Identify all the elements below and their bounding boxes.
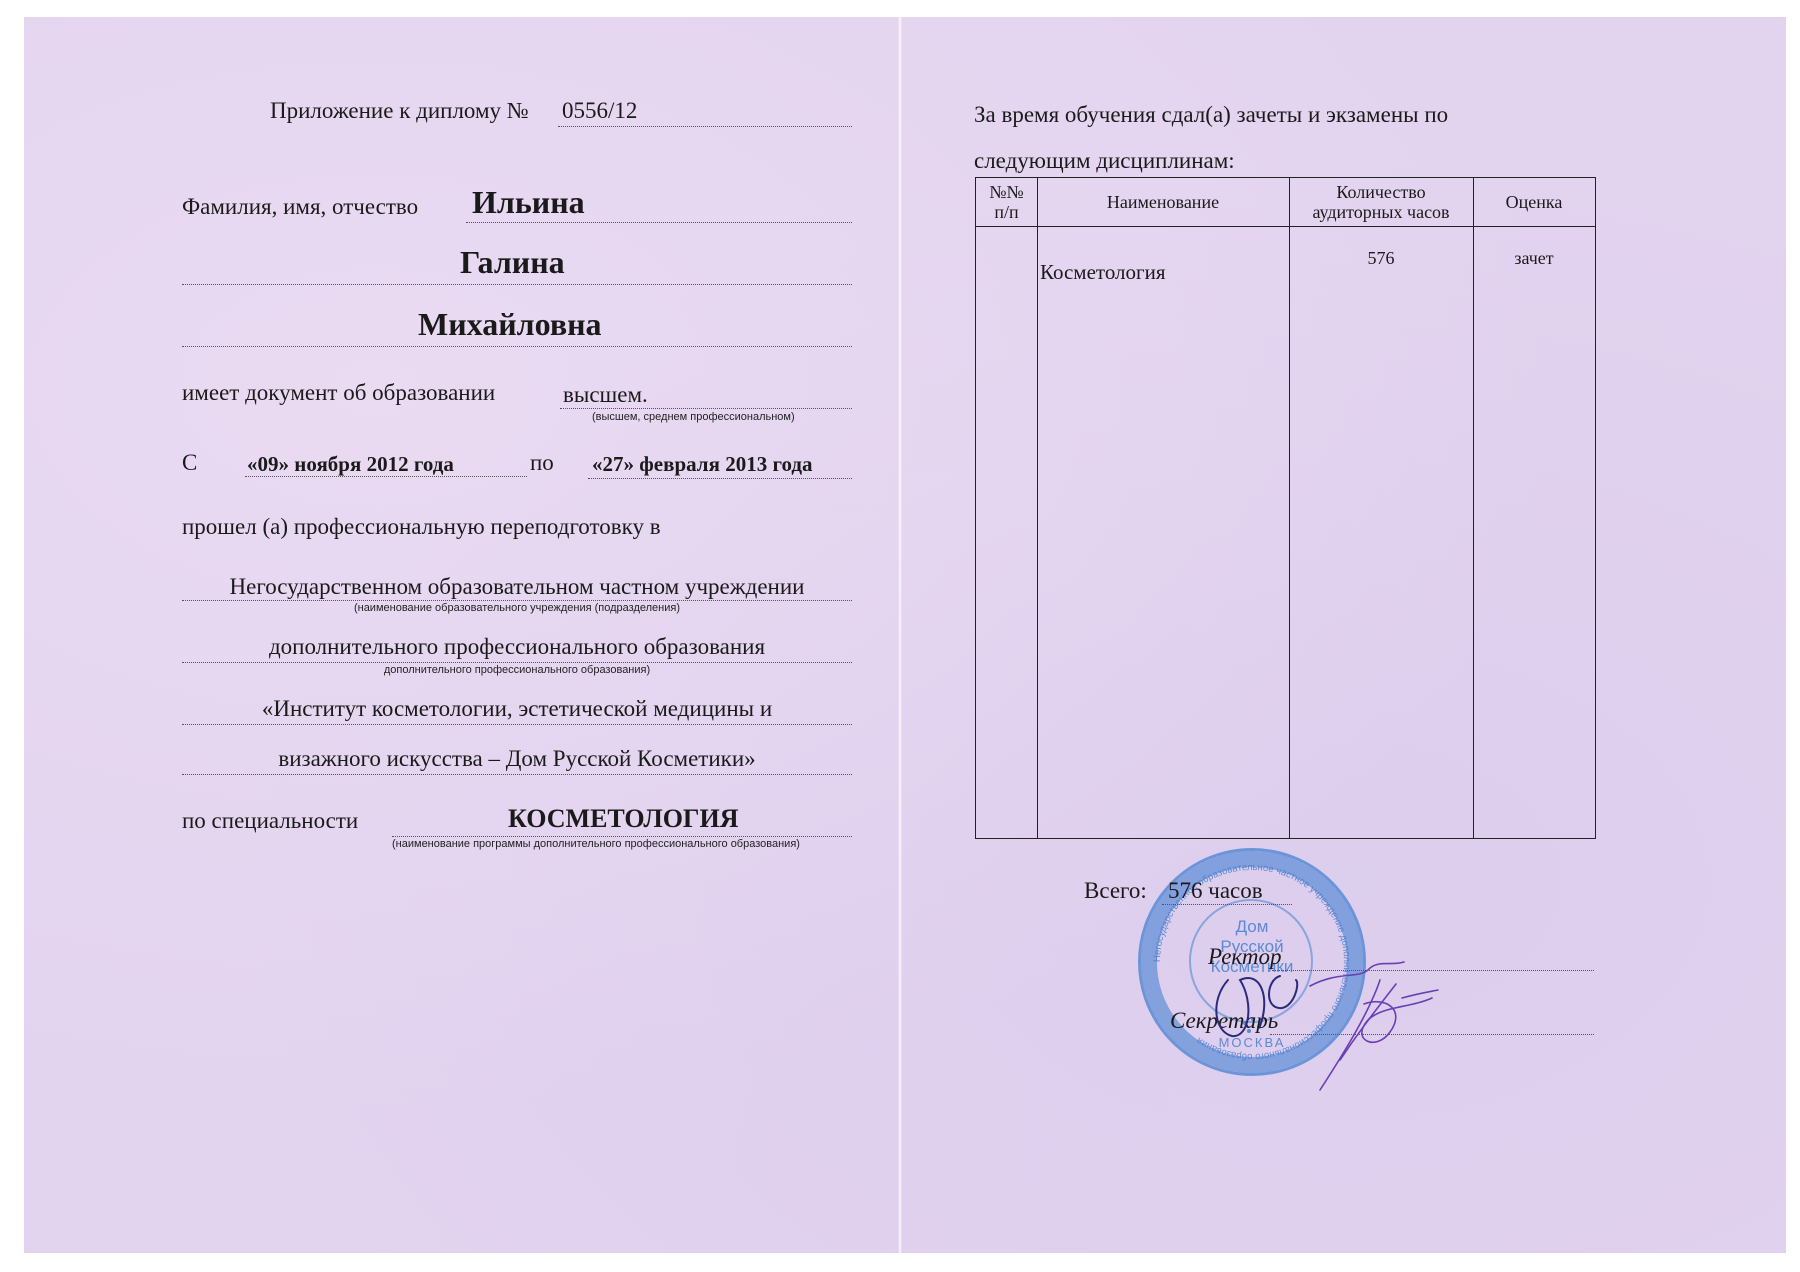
header-grade: Оценка xyxy=(1473,192,1595,212)
specialty-line xyxy=(392,836,852,837)
institution-line-4-rule xyxy=(182,774,852,775)
institution-line-3: «Институт косметологии, эстетической мед… xyxy=(182,696,852,722)
signature-icon xyxy=(1170,940,1550,1100)
date-to: «27» февраля 2013 года xyxy=(592,452,812,477)
total-line xyxy=(1162,904,1292,905)
education-value: высшем. xyxy=(563,382,648,408)
header-name: Наименование xyxy=(1037,192,1289,212)
education-caption: (высшем, среднем профессиональном) xyxy=(592,411,795,423)
table-col-divider xyxy=(1289,178,1290,838)
specialty-label: по специальности xyxy=(182,808,358,834)
appendix-number-line xyxy=(558,126,852,127)
date-from: «09» ноября 2012 года xyxy=(247,452,454,477)
institution-caption-1: (наименование образовательного учреждени… xyxy=(182,602,852,614)
cell-hours: 576 xyxy=(1289,248,1473,268)
intro-line-1: За время обучения сдал(а) зачеты и экзам… xyxy=(974,102,1448,128)
institution-line-3-rule xyxy=(182,724,852,725)
retraining-text: прошел (а) профессиональную переподготов… xyxy=(182,514,661,540)
cell-name: Косметология xyxy=(1040,262,1166,282)
specialty-value: КОСМЕТОЛОГИЯ xyxy=(508,804,738,834)
to-label: по xyxy=(530,450,554,476)
intro-line-2: следующим дисциплинам: xyxy=(974,148,1235,174)
from-label: С xyxy=(182,450,197,476)
first-name-line xyxy=(182,284,852,285)
institution-line-1-rule xyxy=(182,600,852,601)
surname-line xyxy=(466,222,852,223)
total-label: Всего: xyxy=(1084,878,1147,904)
education-line xyxy=(560,408,852,409)
header-hours-line-2: аудиторных часов xyxy=(1289,202,1473,222)
date-from-line xyxy=(245,476,527,477)
patronymic: Михайловна xyxy=(418,306,602,343)
institution-line-1: Негосударственном образовательном частно… xyxy=(182,574,852,600)
total-value: 576 часов xyxy=(1168,878,1263,904)
appendix-number: 0556/12 xyxy=(562,98,637,124)
first-name: Галина xyxy=(460,244,565,281)
appendix-label: Приложение к диплому № xyxy=(270,98,529,124)
page-fold xyxy=(898,17,902,1253)
cell-grade: зачет xyxy=(1473,248,1595,268)
header-num-line-1: №№ xyxy=(976,182,1037,202)
patronymic-line xyxy=(182,346,852,347)
stamp-center-1: Дом xyxy=(1141,917,1363,936)
institution-line-2: дополнительного профессионального образо… xyxy=(182,634,852,660)
date-to-line xyxy=(588,478,852,479)
header-hours-line-1: Количество xyxy=(1289,182,1473,202)
institution-line-4: визажного искусства – Дом Русской Космет… xyxy=(182,746,852,772)
surname: Ильина xyxy=(472,184,585,221)
specialty-caption: (наименование программы дополнительного … xyxy=(392,838,800,850)
table-header-divider xyxy=(976,226,1595,227)
education-label: имеет документ об образовании xyxy=(182,380,495,406)
institution-caption-2: дополнительного профессионального образо… xyxy=(182,664,852,676)
header-hours: Количество аудиторных часов xyxy=(1289,182,1473,222)
header-num-line-2: п/п xyxy=(976,202,1037,222)
fio-label: Фамилия, имя, отчество xyxy=(182,194,418,220)
table-col-divider xyxy=(1473,178,1474,838)
table-col-divider xyxy=(1037,178,1038,838)
disciplines-table: №№ п/п Наименование Количество аудиторны… xyxy=(975,177,1596,839)
header-num: №№ п/п xyxy=(976,182,1037,222)
institution-line-2-rule xyxy=(182,662,852,663)
